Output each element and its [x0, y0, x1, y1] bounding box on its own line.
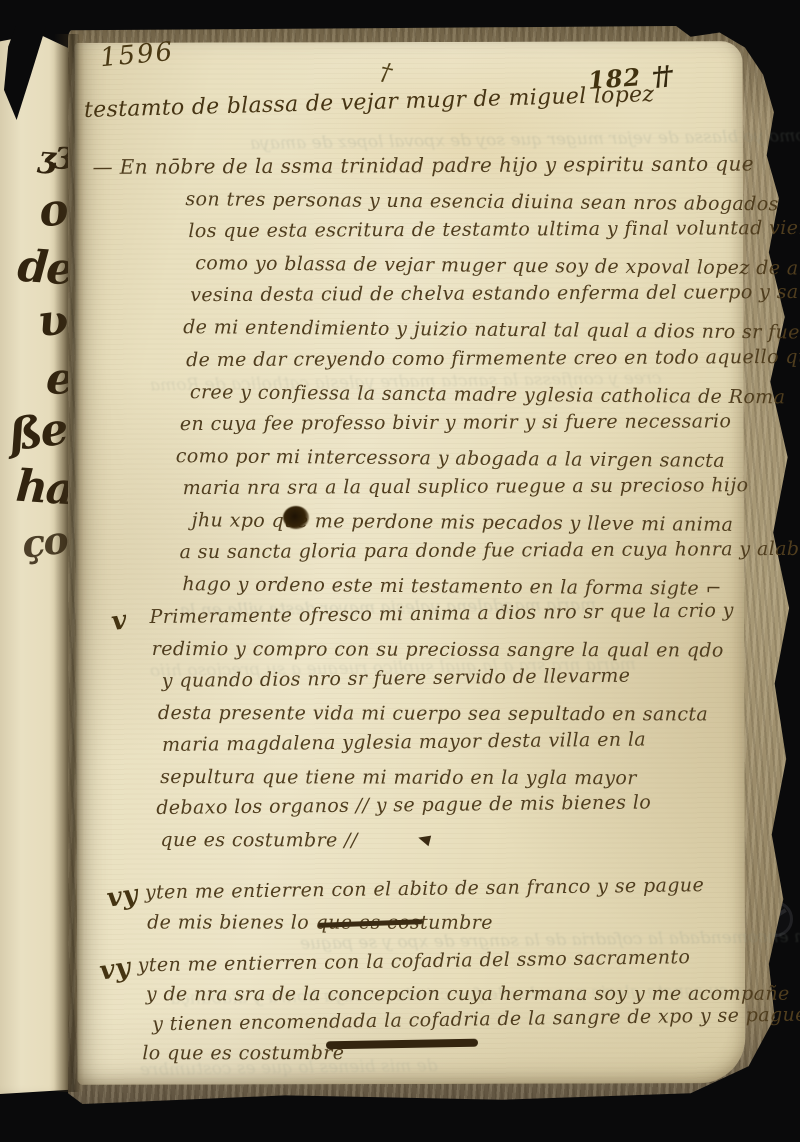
invocation-cross-mark: † — [377, 57, 395, 87]
manuscript-line: los que esta escritura de testamto ultim… — [188, 212, 800, 248]
paragraph-marker: vy — [98, 953, 133, 987]
title-line: testamto de blassa de vejar mugr de migu… — [84, 82, 655, 123]
manuscript-line: maria magdalena yglesia mayor desta vill… — [162, 723, 735, 761]
manuscript-line: de mis bienes lo que es costumbre — [147, 907, 704, 937]
clause-burial: v Primeramente ofresco mi anima a dios n… — [150, 600, 735, 857]
manuscript-line: vesina desta ciud de chelva estando enfe… — [190, 276, 800, 312]
manuscript-line: que es costumbre // — [160, 825, 734, 858]
manuscript-line: Primeramente ofresco mi anima a dios nro… — [149, 595, 734, 634]
clause-confraternity-lines: yten me entierren con la cofadria del ss… — [138, 947, 800, 1069]
manuscript-text: como yo blassa de vejar muger que soy de… — [0, 0, 800, 1142]
paragraph-marker: v — [109, 605, 129, 639]
clause-habit: vy yten me entierren con el abito de san… — [145, 875, 705, 938]
manuscript-line: debaxo los organos // y se pague de mis … — [156, 787, 735, 825]
clause-habit-lines: yten me entierren con el abito de san fr… — [145, 875, 705, 938]
manuscript-line: de me dar creyendo como firmemente creo … — [186, 340, 800, 376]
manuscript-line: yten me entierren con la cofadria del ss… — [137, 941, 800, 980]
paragraph-marker: vy — [105, 880, 140, 914]
manuscript-line: yten me entierren con el abito de san fr… — [145, 870, 705, 907]
manuscript-line: — En nōbre de la ssma trinidad padre hij… — [92, 147, 800, 183]
manuscript-line: maria nra sra a la qual suplico ruegue a… — [183, 468, 800, 504]
archival-photo: ʒ3odeʋeßehaço como yo blassa de vejar mu… — [0, 0, 800, 1142]
manuscript-line: a su sancta gloria para donde fue criada… — [179, 533, 800, 569]
clause-confraternity: vy yten me entierren con la cofadria del… — [138, 947, 800, 1069]
year-annotation: 1596 — [99, 37, 176, 73]
clause-burial-lines: Primeramente ofresco mi anima a dios nro… — [150, 600, 735, 857]
manuscript-line: y quando dios nro sr fuere servido de ll… — [162, 659, 735, 697]
ink-blot — [283, 506, 309, 529]
manuscript-line: en cuya fee professo bivir y morir y si … — [180, 404, 800, 440]
opening-paragraph: — En nōbre de la ssma trinidad padre hij… — [149, 151, 800, 602]
